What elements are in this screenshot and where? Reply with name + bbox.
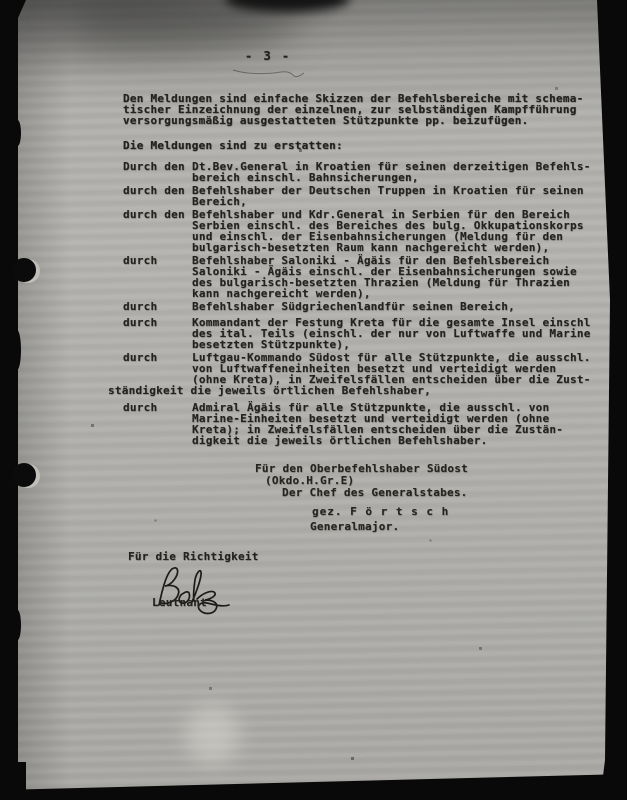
report-entry: durch denBefehlshaber der Deutschen Trup… (123, 185, 615, 207)
entry-text: Befehlshaber und Kdr.General in Serbien … (192, 209, 615, 253)
entry-label: durch (123, 317, 157, 328)
entry-text: Dt.Bev.General in Kroatien für seinen de… (192, 161, 615, 183)
signature-line-rank: Generalmajor. (255, 521, 468, 533)
report-entry: durchBefehlshaber Südgriechenlandfür sei… (123, 301, 615, 312)
entry-label: durch (123, 301, 157, 312)
signature-line-signed-name: gez. F ö r t s c h (255, 506, 468, 518)
list-heading: Die Meldungen sind zu erstatten: (123, 140, 343, 151)
report-entry: Durch denDt.Bev.General in Kroatien für … (123, 161, 615, 183)
scan-border-bottom (0, 770, 627, 800)
intro-paragraph: Den Meldungen sind einfache Skizzen der … (123, 93, 608, 126)
report-entry: durchBefehlshaber Saloniki - Ägäis für d… (123, 255, 615, 299)
report-entry: durch denBefehlshaber und Kdr.General in… (123, 209, 615, 253)
paper-light-spot (185, 705, 240, 765)
certification-block: Für die Richtigkeit Leutnant (128, 551, 348, 631)
signature-line-title: Der Chef des Generalstabes. (255, 487, 468, 499)
scan-border-ragged-edge (13, 330, 21, 370)
entry-label: durch den (123, 209, 185, 220)
entry-text: Befehlshaber der Deutschen Truppen in Kr… (192, 185, 615, 207)
scan-border-ragged-edge (14, 120, 21, 146)
scanned-document-page: - 3 - Den Meldungen sind einfache Skizze… (0, 0, 627, 800)
report-entry: durchAdmiral Ägäis für alle Stützpunkte,… (123, 402, 615, 446)
entry-label: Durch den (123, 161, 185, 172)
entry-label: durch (123, 402, 157, 413)
entry-text: Befehlshaber Südgriechenlandfür seinen B… (192, 301, 615, 312)
page-number-underline (231, 66, 307, 80)
report-entry: durchKommandant der Festung Kreta für di… (123, 317, 615, 350)
entry-label: durch (123, 352, 157, 363)
entry-text: Kommandant der Festung Kreta für die ges… (192, 317, 615, 350)
entry-text-outdent: ständigkeit die jeweils örtlichen Befehl… (108, 385, 615, 396)
handwritten-signature (153, 565, 243, 617)
report-entry: durchLuftgau-Kommando Südost für alle St… (123, 352, 615, 396)
entry-text: Befehlshaber Saloniki - Ägäis für den Be… (192, 255, 615, 299)
certification-heading: Für die Richtigkeit (128, 551, 259, 562)
scan-border-ragged-edge (14, 610, 21, 640)
certification-rank: Leutnant (152, 597, 207, 608)
entry-text: Luftgau-Kommando Südost für alle Stützpu… (192, 352, 615, 385)
entry-text: Admiral Ägäis für alle Stützpunkte, die … (192, 402, 615, 446)
signature-block: Für den Oberbefehlshaber Südost (Okdo.H.… (255, 463, 468, 533)
page-number: - 3 - (245, 51, 291, 62)
entry-label: durch (123, 255, 157, 266)
entry-label: durch den (123, 185, 185, 196)
report-entries-list: Durch denDt.Bev.General in Kroatien für … (123, 161, 615, 448)
